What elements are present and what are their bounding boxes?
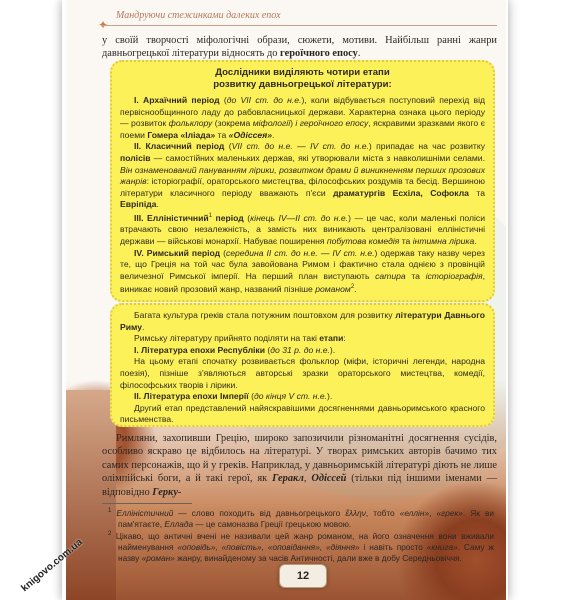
header-title: Мандруючи стежинками далеких епох — [116, 10, 281, 21]
footnote-1: 1 Елліністичний — слово походить від дав… — [106, 506, 494, 529]
period-name: III. Елліністичний — [134, 213, 209, 223]
period-archaic: I. Архаїчний період (до VII ст. до н.е.)… — [120, 95, 485, 141]
box-title-line1: Дослідники виділяють чотири етапи — [120, 67, 485, 79]
main-paragraph: Римляни, захопивши Грецію, широко запози… — [102, 432, 497, 499]
box-title: Дослідники виділяють чотири етапи розвит… — [120, 67, 485, 91]
period-dates: середина II ст. до н.е. — IV ст. н.е. — [226, 248, 375, 258]
footnote-2: 2 Цікаво, що античні вчені не називали ц… — [106, 529, 494, 563]
footnote-divider — [102, 503, 192, 504]
roman-intro: Багата культура греків стала потужним по… — [120, 310, 485, 333]
period-roman: IV. Римський період (середина II ст. до … — [120, 248, 485, 296]
box-title-line2: розвитку давньогрецької літератури: — [120, 79, 485, 91]
stage-republic-text: На цьому етапі спочатку розвивається фол… — [120, 356, 485, 391]
period-name: I. Архаїчний період — [134, 95, 220, 105]
intro-end: . — [358, 48, 361, 59]
page-number: 12 — [279, 564, 327, 588]
period-dates: VII ст. до н.е. — IV ст. до н.е. — [232, 141, 369, 151]
period-name: IV. Римський період — [134, 248, 220, 258]
header-rule — [102, 25, 497, 26]
textbook-page: ✦ Мандруючи стежинками далеких епох у св… — [66, 0, 506, 600]
period-classical: II. Класичний період (VII ст. до н.е. — … — [120, 141, 485, 211]
running-header: ✦ Мандруючи стежинками далеких епох — [102, 6, 497, 28]
roman-stages-intro: Римську літературу прийнято поділяти на … — [120, 333, 485, 345]
period-dates: кінець IV—II ст. до н.е. — [250, 213, 348, 223]
intro-paragraph: у своїй творчості міфологічні образи, сю… — [102, 34, 497, 61]
stage-empire-text: Другий етап представлений найяскравішими… — [120, 403, 485, 426]
stage-republic-heading: I. Література епохи Республіки (до 31 р.… — [120, 345, 485, 357]
period-dates: до VII ст. до н.е. — [227, 95, 302, 105]
roman-stages-box: Багата культура греків стала потужним по… — [110, 303, 495, 427]
period-name: II. Класичний період — [134, 141, 224, 151]
greek-periods-box: Дослідники виділяють чотири етапи розвит… — [110, 60, 495, 302]
intro-bold: героїчного епосу — [280, 48, 358, 59]
period-hellenistic: III. Елліністичний1 період (кінець IV—II… — [120, 211, 485, 248]
stage-empire-heading: II. Література епохи Імперії (до кінця V… — [120, 391, 485, 403]
footnotes: 1 Елліністичний — слово походить від дав… — [106, 506, 494, 564]
